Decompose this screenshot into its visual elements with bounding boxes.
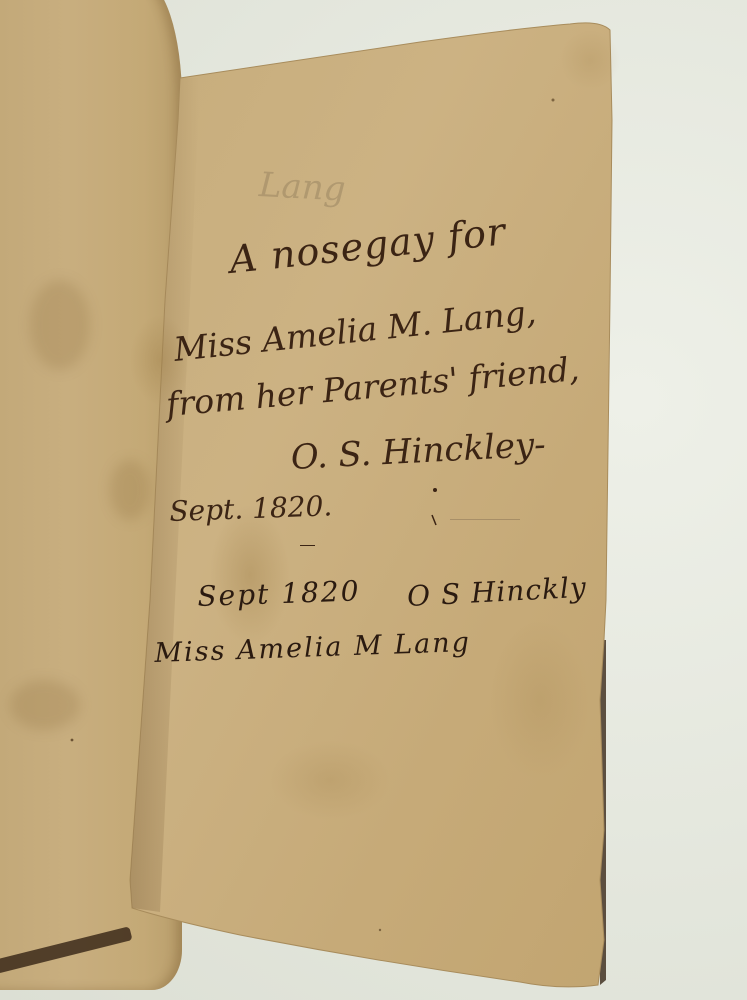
ink-dash [300,545,315,546]
inscription-date: Sept. 1820. [169,489,333,528]
copy-practice-date: Sept 1820 [197,574,361,613]
inscribed-flyleaf: Lang A nosegay for Miss Amelia M. Lang, … [0,0,747,1000]
flyleaf-shape [0,0,747,1000]
photo-scene: Lang A nosegay for Miss Amelia M. Lang, … [0,0,747,1000]
faint-ruled-line [450,519,520,520]
pencil-note: Lang [258,165,346,209]
